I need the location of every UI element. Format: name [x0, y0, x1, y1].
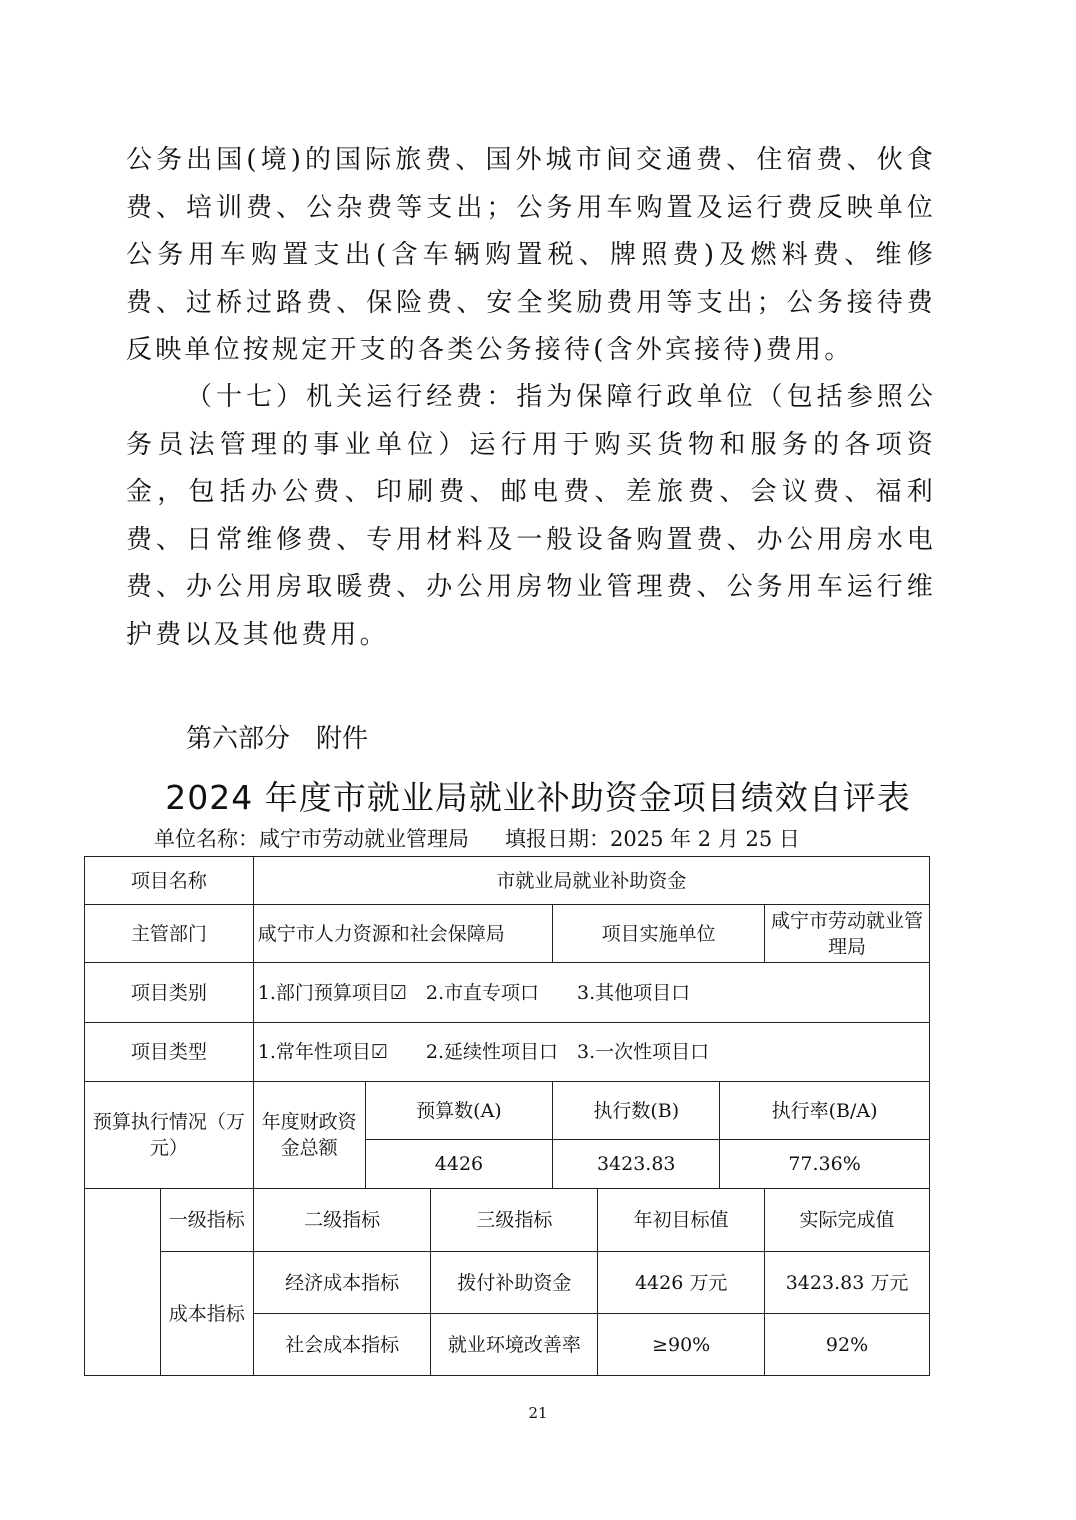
exec-value: 3423.83: [553, 1140, 720, 1189]
cat-value: 1.部门预算项目☑ 2.市直专项口 3.其他项目口: [253, 963, 929, 1023]
cell: 拨付补助资金: [431, 1252, 598, 1314]
evaluation-table: 项目名称市就业局就业补助资金 主管部门咸宁市人力资源和社会保障局项目实施单位咸宁…: [84, 856, 930, 1376]
section-heading: 第六部分 附件: [186, 718, 368, 755]
ind-header: 一级指标: [160, 1189, 253, 1252]
cost-label: 成本指标: [160, 1252, 253, 1376]
paragraph-1: 公务出国(境)的国际旅费、国外城市间交通费、住宿费、伙食费、培训费、公杂费等支出…: [126, 137, 936, 375]
type-label: 项目类型: [85, 1023, 254, 1082]
cell: 92%: [765, 1314, 930, 1376]
cat-label: 项目类别: [85, 963, 254, 1023]
dept-label: 主管部门: [85, 905, 254, 963]
budget-label: 预算执行情况（万元）: [85, 1082, 254, 1189]
ind-header: 实际完成值: [765, 1189, 930, 1252]
meta-line: 单位名称：咸宁市劳动就业管理局填报日期：2025 年 2 月 25 日: [154, 823, 836, 853]
ind-header: 三级指标: [431, 1189, 598, 1252]
table-title: 2024 年度市就业局就业补助资金项目绩效自评表: [0, 772, 1076, 819]
fill-date: 填报日期：2025 年 2 月 25 日: [505, 827, 800, 851]
rate-value: 77.36%: [720, 1140, 930, 1189]
cell: 4426 万元: [598, 1252, 765, 1314]
name-value: 市就业局就业补助资金: [253, 857, 929, 905]
impl-value: 咸宁市劳动就业管理局: [765, 905, 930, 963]
cell: 就业环境改善率: [431, 1314, 598, 1376]
dept-value: 咸宁市人力资源和社会保障局: [253, 905, 553, 963]
page-number: 21: [0, 1404, 1076, 1422]
rate-header: 执行率(B/A): [720, 1082, 930, 1140]
ind-header: 年初目标值: [598, 1189, 765, 1252]
paragraph-2: （十七）机关运行经费：指为保障行政单位（包括参照公务员法管理的事业单位）运行用于…: [126, 374, 936, 659]
cell: 社会成本指标: [253, 1314, 431, 1376]
cell: ≥90%: [598, 1314, 765, 1376]
blank-cell: [85, 1189, 161, 1376]
budget-header: 预算数(A): [365, 1082, 553, 1140]
exec-header: 执行数(B): [553, 1082, 720, 1140]
name-label: 项目名称: [85, 857, 254, 905]
budget-value: 4426: [365, 1140, 553, 1189]
cell: 经济成本指标: [253, 1252, 431, 1314]
ind-header: 二级指标: [253, 1189, 431, 1252]
unit-name: 单位名称：咸宁市劳动就业管理局: [154, 827, 469, 851]
cell: 3423.83 万元: [765, 1252, 930, 1314]
impl-label: 项目实施单位: [553, 905, 765, 963]
fund-label: 年度财政资金总额: [253, 1082, 365, 1189]
type-value: 1.常年性项目☑ 2.延续性项目口 3.一次性项目口: [253, 1023, 929, 1082]
